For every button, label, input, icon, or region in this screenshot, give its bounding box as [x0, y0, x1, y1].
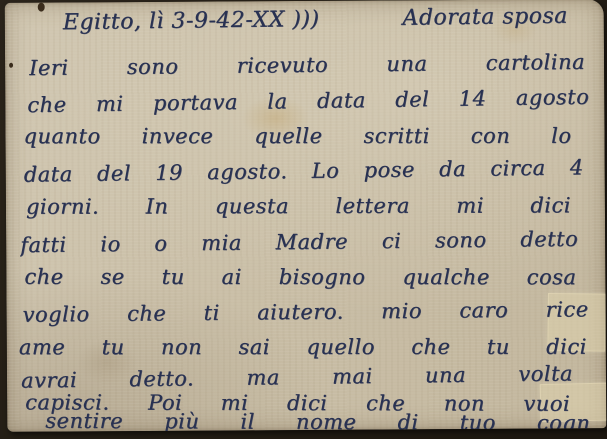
handwritten-line: giorni. In questa lettera mi dici [26, 193, 571, 224]
letter-header: Egitto, lì 3-9-42-XX ))) Adorata sposa [63, 4, 568, 36]
handwritten-line: voglio che ti aiutero. mio caro rice [22, 297, 588, 332]
handwritten-line: fatti io o mia Madre ci sono detto [20, 227, 578, 263]
letter-salutation: Adorata sposa [402, 4, 568, 31]
handwritten-line: data del 19 agosto. Lo pose da circa 4 [24, 155, 584, 192]
letter-place-date: Egitto, lì 3-9-42-XX ))) [63, 7, 320, 35]
letter-paper: Egitto, lì 3-9-42-XX ))) Adorata sposa I… [5, 0, 607, 432]
paper-speck [9, 63, 13, 68]
photo-background: Egitto, lì 3-9-42-XX ))) Adorata sposa I… [0, 0, 607, 439]
handwritten-line: sentire più il nome di tuo cogn [45, 409, 590, 432]
handwritten-line: che mi portava la data del 14 agosto [27, 85, 589, 123]
handwritten-line: che se tu ai bisogno qualche cosa [24, 265, 576, 295]
handwritten-line: ame tu non sai quello che tu dici [19, 335, 587, 365]
handwritten-line: Ieri sono ricevuto una cartolina [29, 50, 585, 86]
handwritten-line: quanto invece quelle scritti con lo [24, 124, 572, 154]
paper-speck [38, 3, 45, 12]
